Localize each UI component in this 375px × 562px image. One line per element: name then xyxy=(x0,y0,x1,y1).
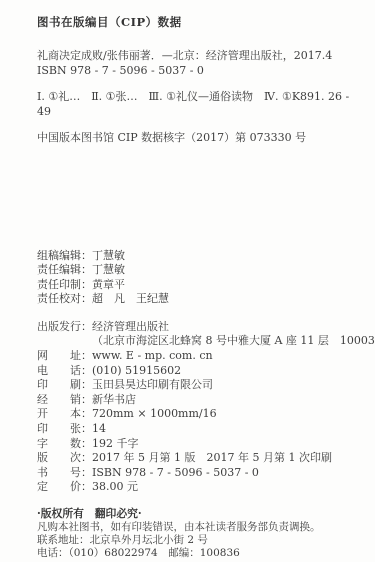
editor-row: 责任印制：黄章平 xyxy=(37,278,357,293)
cip-classification-line: Ⅰ. ①礼… Ⅱ. ①张… Ⅲ. ①礼仪—通俗读物 Ⅳ. ①K891. 26 -… xyxy=(37,90,357,119)
colophon-value: 玉田县昊达印刷有限公司 xyxy=(92,378,213,391)
colophon-label: 印 刷： xyxy=(37,378,92,393)
colophon-row-distributor: 经 销：新华书店 xyxy=(37,393,357,408)
colophon-row-isbn: 书 号：ISBN 978 - 7 - 5096 - 5037 - 0 xyxy=(37,466,357,481)
colophon-label: 网 址： xyxy=(37,349,92,364)
copyright-footer: ·版权所有 翻印必究· 凡购本社图书，如有印装错误，由本社读者服务部负责调换。 … xyxy=(37,507,357,561)
colophon-value: 2017 年 5 月第 1 版 2017 年 5 月第 1 次印刷 xyxy=(92,451,332,464)
colophon-value: 14 xyxy=(92,422,106,435)
editor-label: 责任印制： xyxy=(37,278,92,291)
colophon-row-format: 开 本：720mm × 1000mm/16 xyxy=(37,407,357,422)
editor-label: 责任校对： xyxy=(37,292,92,305)
colophon-row-edition: 版 次：2017 年 5 月第 1 版 2017 年 5 月第 1 次印刷 xyxy=(37,451,357,466)
editors-block: 组稿编辑：丁慧敏 责任编辑：丁慧敏 责任印制：黄章平 责任校对：超 凡 王纪慧 xyxy=(37,249,357,307)
contact-phone-line: 电话：（010）68022974 邮编：100836 xyxy=(37,547,357,560)
cip-book-info: 礼商决定成败/张伟丽著．—北京：经济管理出版社，2017.4 ISBN 978 … xyxy=(37,49,357,78)
cip-registry-line: 中国版本图书馆 CIP 数据核字（2017）第 073330 号 xyxy=(37,131,357,146)
colophon-row-sheets: 印 张：14 xyxy=(37,422,357,437)
exchange-policy-line: 凡购本社图书，如有印装错误，由本社读者服务部负责调换。 xyxy=(37,521,357,534)
colophon-row-printer: 印 刷：玉田县昊达印刷有限公司 xyxy=(37,378,357,393)
colophon-block: 出版发行：经济管理出版社 （北京市海淀区北蜂窝 8 号中雅大厦 A 座 11 层… xyxy=(37,320,357,495)
colophon-value: www. E - mp. com. cn xyxy=(92,349,213,362)
cip-block-title: 图书在版编目（CIP）数据 xyxy=(37,14,357,30)
colophon-label: 经 销： xyxy=(37,393,92,408)
copyright-notice: ·版权所有 翻印必究· xyxy=(37,507,357,521)
vertical-spacer xyxy=(37,146,357,249)
colophon-value: 38.00 元 xyxy=(92,480,138,493)
colophon-label: 出版发行： xyxy=(37,320,92,335)
colophon-value: (010) 51915602 xyxy=(92,364,181,377)
editor-name: 丁慧敏 xyxy=(92,249,125,262)
editor-name: 丁慧敏 xyxy=(92,263,125,276)
colophon-label: 定 价： xyxy=(37,480,92,495)
colophon-row-website: 网 址：www. E - mp. com. cn xyxy=(37,349,357,364)
colophon-label: 印 张： xyxy=(37,422,92,437)
colophon-row-phone: 电 话：(010) 51915602 xyxy=(37,364,357,379)
colophon-label: 字 数： xyxy=(37,437,92,452)
editor-label: 责任编辑： xyxy=(37,263,92,276)
cip-isbn-line: ISBN 978 - 7 - 5096 - 5037 - 0 xyxy=(37,64,357,79)
colophon-row-price: 定 价：38.00 元 xyxy=(37,480,357,495)
colophon-value: 192 千字 xyxy=(92,437,139,450)
colophon-value: 720mm × 1000mm/16 xyxy=(92,407,217,420)
colophon-value: ISBN 978 - 7 - 5096 - 5037 - 0 xyxy=(92,466,259,479)
colophon-value: 经济管理出版社 xyxy=(92,320,169,333)
contact-address-line: 联系地址：北京阜外月坛北小街 2 号 xyxy=(37,534,357,547)
colophon-label: 电 话： xyxy=(37,364,92,379)
colophon-row-publisher: 出版发行：经济管理出版社 xyxy=(37,320,357,335)
colophon-label: 版 次： xyxy=(37,451,92,466)
editor-name: 黄章平 xyxy=(92,278,125,291)
colophon-label: 书 号： xyxy=(37,466,92,481)
colophon-label: 开 本： xyxy=(37,407,92,422)
editor-row: 组稿编辑：丁慧敏 xyxy=(37,249,357,264)
colophon-value: 新华书店 xyxy=(92,393,136,406)
editor-row: 责任编辑：丁慧敏 xyxy=(37,263,357,278)
editor-name: 超 凡 王纪慧 xyxy=(92,292,169,305)
copyright-page: 图书在版编目（CIP）数据 礼商决定成败/张伟丽著．—北京：经济管理出版社，20… xyxy=(0,0,375,562)
editor-label: 组稿编辑： xyxy=(37,249,92,262)
editor-row: 责任校对：超 凡 王纪慧 xyxy=(37,292,357,307)
cip-book-line: 礼商决定成败/张伟丽著．—北京：经济管理出版社，2017.4 xyxy=(37,49,357,64)
colophon-row-publisher-address: （北京市海淀区北蜂窝 8 号中雅大厦 A 座 11 层 100038） xyxy=(37,334,357,349)
colophon-row-wordcount: 字 数：192 千字 xyxy=(37,437,357,452)
colophon-value: （北京市海淀区北蜂窝 8 号中雅大厦 A 座 11 层 100038） xyxy=(92,334,375,347)
